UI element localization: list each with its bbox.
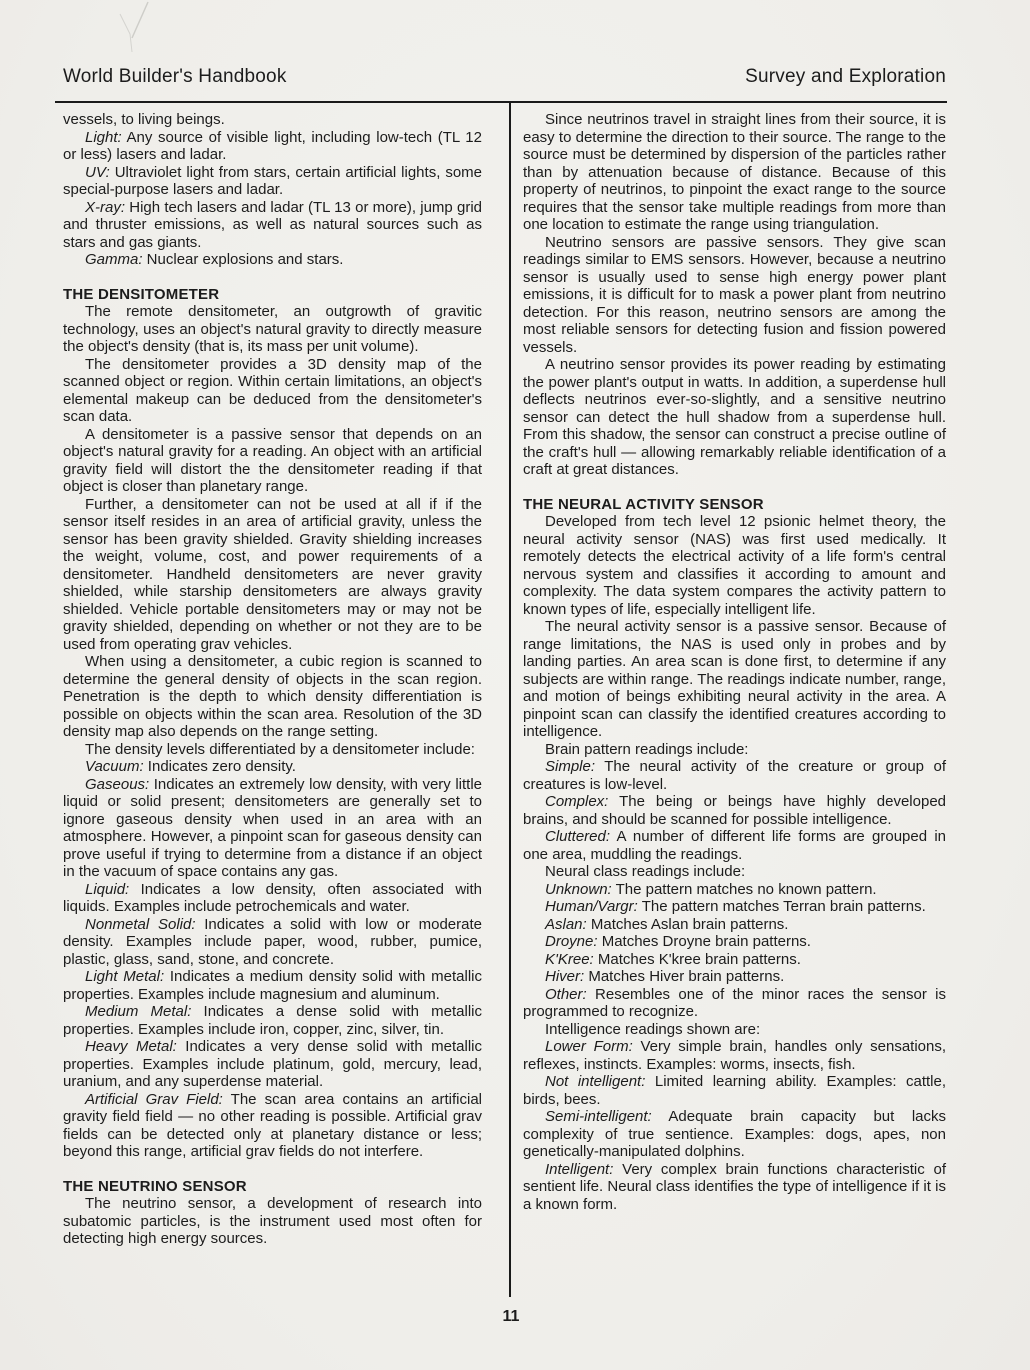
paragraph: Light: Any source of visible light, incl… xyxy=(63,129,482,164)
paragraph: Cluttered: A number of different life fo… xyxy=(523,828,946,863)
paragraph: Lower Form: Very simple brain, handles o… xyxy=(523,1038,946,1073)
paragraph: Complex: The being or beings have highly… xyxy=(523,793,946,828)
term-lead: Medium Metal: xyxy=(85,1003,191,1020)
term-lead: Semi-intelligent: xyxy=(545,1108,652,1125)
term-lead: Cluttered: xyxy=(545,828,610,845)
chapter-title: Survey and Exploration xyxy=(745,66,946,88)
paragraph: A densitometer is a passive sensor that … xyxy=(63,426,482,496)
paragraph: Since neutrinos travel in straight lines… xyxy=(523,111,946,234)
section-heading: THE NEUTRINO SENSOR xyxy=(63,1178,482,1196)
term-lead: Complex: xyxy=(545,793,608,810)
term-lead: Light: xyxy=(85,129,122,146)
paragraph: UV: Ultraviolet light from stars, certai… xyxy=(63,164,482,199)
paragraph: Semi-intelligent: Adequate brain capacit… xyxy=(523,1108,946,1161)
paragraph: Gaseous: Indicates an extremely low dens… xyxy=(63,776,482,881)
term-lead: Not intelligent: xyxy=(545,1073,645,1090)
term-lead: Gamma: xyxy=(85,251,143,268)
section-heading: THE NEURAL ACTIVITY SENSOR xyxy=(523,496,946,514)
paragraph: vessels, to living beings. xyxy=(63,111,482,129)
term-lead: Unknown: xyxy=(545,881,612,898)
paragraph: X-ray: High tech lasers and ladar (TL 13… xyxy=(63,199,482,252)
term-lead: Heavy Metal: xyxy=(85,1038,177,1055)
term-lead: Droyne: xyxy=(545,933,598,950)
paragraph: Other: Resembles one of the minor races … xyxy=(523,986,946,1021)
term-lead: Simple: xyxy=(545,758,595,775)
term-lead: K'Kree: xyxy=(545,951,594,968)
paragraph: Intelligent: Very complex brain function… xyxy=(523,1161,946,1214)
term-lead: X-ray: xyxy=(85,199,125,216)
term-lead: Aslan: xyxy=(545,916,587,933)
paragraph: Nonmetal Solid: Indicates a solid with l… xyxy=(63,916,482,969)
section-heading: THE DENSITOMETER xyxy=(63,286,482,304)
paragraph: Droyne: Matches Droyne brain patterns. xyxy=(523,933,946,951)
paragraph: Developed from tech level 12 psionic hel… xyxy=(523,513,946,618)
term-lead: Human/Vargr: xyxy=(545,898,638,915)
column-divider xyxy=(509,103,511,1297)
paragraph: Intelligence readings shown are: xyxy=(523,1021,946,1039)
page-number: 11 xyxy=(496,1308,526,1326)
term-lead: Lower Form: xyxy=(545,1038,633,1055)
term-lead: UV: xyxy=(85,164,110,181)
paragraph: The remote densitometer, an outgrowth of… xyxy=(63,303,482,356)
paragraph: Brain pattern readings include: xyxy=(523,741,946,759)
paragraph: When using a densitometer, a cubic regio… xyxy=(63,653,482,741)
term-lead: Hiver: xyxy=(545,968,584,985)
term-lead: Vacuum: xyxy=(85,758,144,775)
page-header: World Builder's Handbook Survey and Expl… xyxy=(63,66,946,88)
header-rule xyxy=(55,101,947,103)
page: World Builder's Handbook Survey and Expl… xyxy=(0,0,1030,1370)
term-lead: Liquid: xyxy=(85,881,129,898)
term-lead: Intelligent: xyxy=(545,1161,613,1178)
paragraph: The neutrino sensor, a development of re… xyxy=(63,1195,482,1248)
paragraph: Light Metal: Indicates a medium density … xyxy=(63,968,482,1003)
paragraph: Artificial Grav Field: The scan area con… xyxy=(63,1091,482,1161)
paragraph: Neutrino sensors are passive sensors. Th… xyxy=(523,234,946,357)
paragraph: K'Kree: Matches K'kree brain patterns. xyxy=(523,951,946,969)
term-lead: Artificial Grav Field: xyxy=(85,1091,223,1108)
paragraph: Medium Metal: Indicates a dense solid wi… xyxy=(63,1003,482,1038)
term-lead: Nonmetal Solid: xyxy=(85,916,196,933)
paragraph: The density levels differentiated by a d… xyxy=(63,741,482,759)
paragraph: Liquid: Indicates a low density, often a… xyxy=(63,881,482,916)
paragraph: Simple: The neural activity of the creat… xyxy=(523,758,946,793)
paragraph: Further, a densitometer can not be used … xyxy=(63,496,482,654)
left-column: vessels, to living beings.Light: Any sou… xyxy=(63,111,482,1248)
paragraph: Heavy Metal: Indicates a very dense soli… xyxy=(63,1038,482,1091)
right-column: Since neutrinos travel in straight lines… xyxy=(523,111,946,1213)
paragraph: Not intelligent: Limited learning abilit… xyxy=(523,1073,946,1108)
term-lead: Other: xyxy=(545,986,587,1003)
scratch-mark-icon xyxy=(108,0,168,60)
paragraph: Human/Vargr: The pattern matches Terran … xyxy=(523,898,946,916)
term-lead: Gaseous: xyxy=(85,776,149,793)
paragraph: The densitometer provides a 3D density m… xyxy=(63,356,482,426)
term-lead: Light Metal: xyxy=(85,968,164,985)
paragraph: Hiver: Matches Hiver brain patterns. xyxy=(523,968,946,986)
book-title: World Builder's Handbook xyxy=(63,66,287,88)
paragraph: The neural activity sensor is a passive … xyxy=(523,618,946,741)
paragraph: Neural class readings include: xyxy=(523,863,946,881)
paragraph: Vacuum: Indicates zero density. xyxy=(63,758,482,776)
paragraph: Aslan: Matches Aslan brain patterns. xyxy=(523,916,946,934)
paragraph: Unknown: The pattern matches no known pa… xyxy=(523,881,946,899)
paragraph: Gamma: Nuclear explosions and stars. xyxy=(63,251,482,269)
paragraph: A neutrino sensor provides its power rea… xyxy=(523,356,946,479)
